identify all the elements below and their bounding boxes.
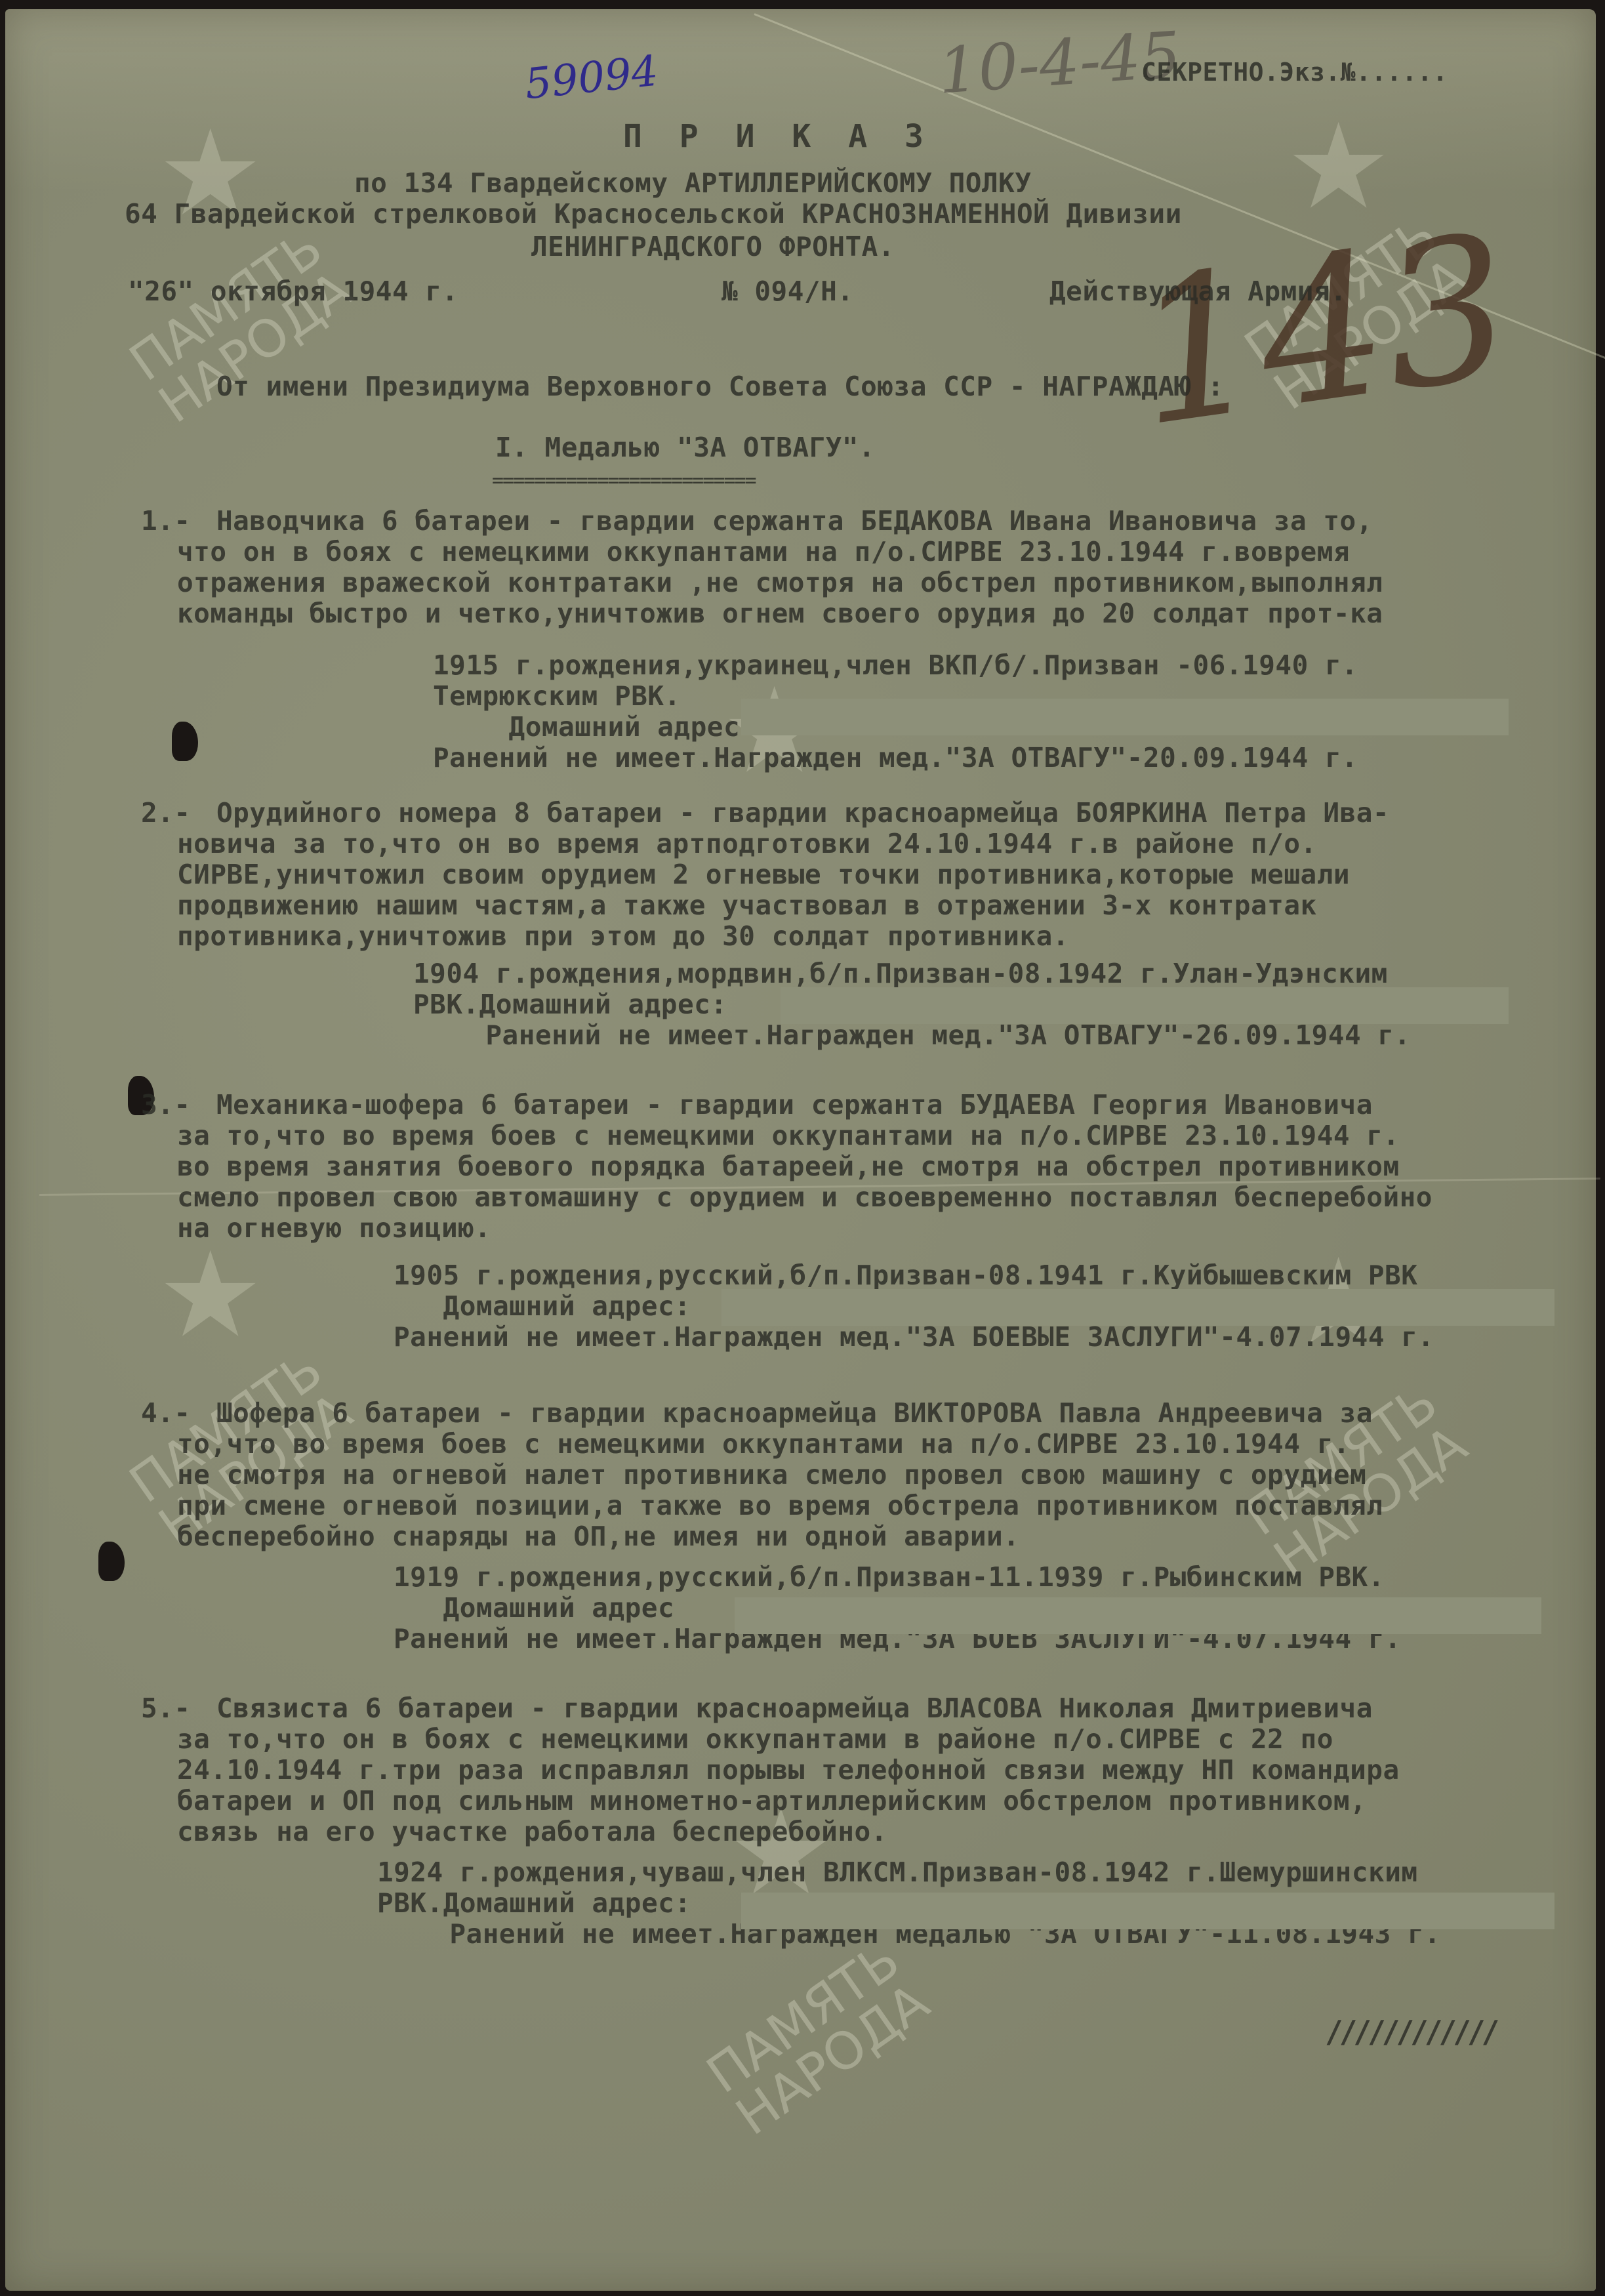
unit-line-3: ЛЕНИНГРАДСКОГО ФРОНТА. bbox=[531, 231, 895, 262]
biography-line: 1904 г.рождения,мордвин,б/п.Призван-08.1… bbox=[413, 958, 1388, 989]
citation-line: СИРВЕ,уничтожил своим орудием 2 огневые … bbox=[177, 859, 1350, 890]
citation-line: смело провел свою автомашину с орудием и… bbox=[177, 1181, 1432, 1213]
biography-line: Домашний адрес bbox=[394, 1592, 674, 1624]
biography-line: Домашний адрес bbox=[459, 711, 740, 743]
end-mark: //////////// bbox=[1325, 2014, 1495, 2049]
redacted-address bbox=[735, 1597, 1541, 1634]
redacted-address bbox=[781, 987, 1509, 1024]
citation-line: Орудийного номера 8 батареи - гвардии кр… bbox=[216, 797, 1389, 829]
citation-line: что он в боях с немецкими оккупантами на… bbox=[177, 536, 1350, 567]
biography-line: 1915 г.рождения,украинец,член ВКП/б/.При… bbox=[433, 649, 1358, 681]
watermark-star-icon: ★ bbox=[157, 1227, 263, 1364]
unit-line-1: по 134 Гвардейскому АРТИЛЛЕРИЙСКОМУ ПОЛК… bbox=[354, 167, 1032, 199]
biography-line: Темрюкским РВК. bbox=[433, 680, 681, 712]
biography-line: Ранений не имеет.Награжден мед."ЗА БОЕВЫ… bbox=[394, 1321, 1434, 1353]
citation-line: команды быстро и четко,уничтожив огнем с… bbox=[177, 598, 1383, 629]
citation-line: на огневую позицию. bbox=[177, 1212, 491, 1244]
biography-line: 1919 г.рождения,русский,б/п.Призван-11.1… bbox=[394, 1561, 1385, 1593]
biography-line: РВК.Домашний адрес: bbox=[377, 1887, 691, 1919]
order-date: "26" октября 1944 г. bbox=[128, 276, 458, 307]
redacted-address bbox=[721, 1289, 1554, 1326]
citation-line: новича за то,что он во время артподготов… bbox=[177, 828, 1317, 859]
citation-line: при смене огневой позиции,а также во вре… bbox=[177, 1490, 1383, 1521]
order-number: № 094/Н. bbox=[721, 276, 853, 307]
order-location: Действующая Армия. bbox=[1049, 276, 1347, 307]
citation-line: то,что во время боев с немецкими оккупан… bbox=[177, 1428, 1350, 1460]
secret-mark: СЕКРЕТНО.Экз.№...... bbox=[1141, 58, 1448, 87]
citation-line: отражения вражеской контратаки ,не смотр… bbox=[177, 567, 1383, 598]
citation-line: 24.10.1944 г.три раза исправлял порывы т… bbox=[177, 1754, 1400, 1786]
biography-line: Домашний адрес: bbox=[394, 1290, 691, 1322]
citation-line: не смотря на огневой налет противника см… bbox=[177, 1459, 1366, 1490]
preamble: От имени Президиума Верховного Совета Со… bbox=[216, 371, 1224, 402]
citation-line: за то,что во время боев с немецкими окку… bbox=[177, 1120, 1400, 1151]
biography-line: РВК.Домашний адрес: bbox=[413, 989, 727, 1020]
citation-line: Связиста 6 батареи - гвардии красноармей… bbox=[216, 1692, 1373, 1724]
biography-line: Ранений не имеет.Награжден мед."ЗА ОТВАГ… bbox=[433, 742, 1358, 773]
citation-line: Механика-шофера 6 батареи - гвардии серж… bbox=[216, 1089, 1373, 1120]
entry-number: 4.- bbox=[141, 1397, 191, 1429]
citation-line: во время занятия боевого порядка батарее… bbox=[177, 1151, 1400, 1182]
entry-number: 5.- bbox=[141, 1692, 191, 1724]
section-heading: I. Медалью "ЗА ОТВАГУ". bbox=[495, 432, 875, 463]
order-title: П Р И К А З bbox=[623, 118, 933, 155]
citation-line: бесперебойно снаряды на ОП,не имея ни од… bbox=[177, 1521, 1019, 1552]
redacted-address bbox=[741, 699, 1509, 735]
section-underline: ========================= bbox=[492, 469, 756, 492]
biography-line: 1905 г.рождения,русский,б/п.Призван-08.1… bbox=[394, 1260, 1417, 1291]
entry-number: 2.- bbox=[141, 797, 191, 829]
unit-line-2: 64 Гвардейской стрелковой Красносельской… bbox=[125, 198, 1182, 230]
citation-line: противника,уничтожив при этом до 30 солд… bbox=[177, 920, 1069, 952]
redacted-address bbox=[741, 1893, 1554, 1929]
citation-line: продвижению нашим частям,а также участво… bbox=[177, 890, 1317, 921]
citation-line: связь на его участке работала бесперебой… bbox=[177, 1816, 887, 1847]
citation-line: Шофера 6 батареи - гвардии красноармейца… bbox=[216, 1397, 1373, 1429]
citation-line: за то,что он в боях с немецкими оккупант… bbox=[177, 1723, 1333, 1755]
biography-line: Ранений не имеет.Награжден мед."ЗА ОТВАГ… bbox=[453, 1019, 1411, 1051]
citation-line: батареи и ОП под сильным минометно-артил… bbox=[177, 1785, 1366, 1816]
entry-number: 3.- bbox=[141, 1089, 191, 1120]
citation-line: Наводчика 6 батареи - гвардии сержанта Б… bbox=[216, 505, 1373, 537]
biography-line: 1924 г.рождения,чуваш,член ВЛКСМ.Призван… bbox=[377, 1856, 1418, 1888]
entry-number: 1.- bbox=[141, 505, 191, 537]
